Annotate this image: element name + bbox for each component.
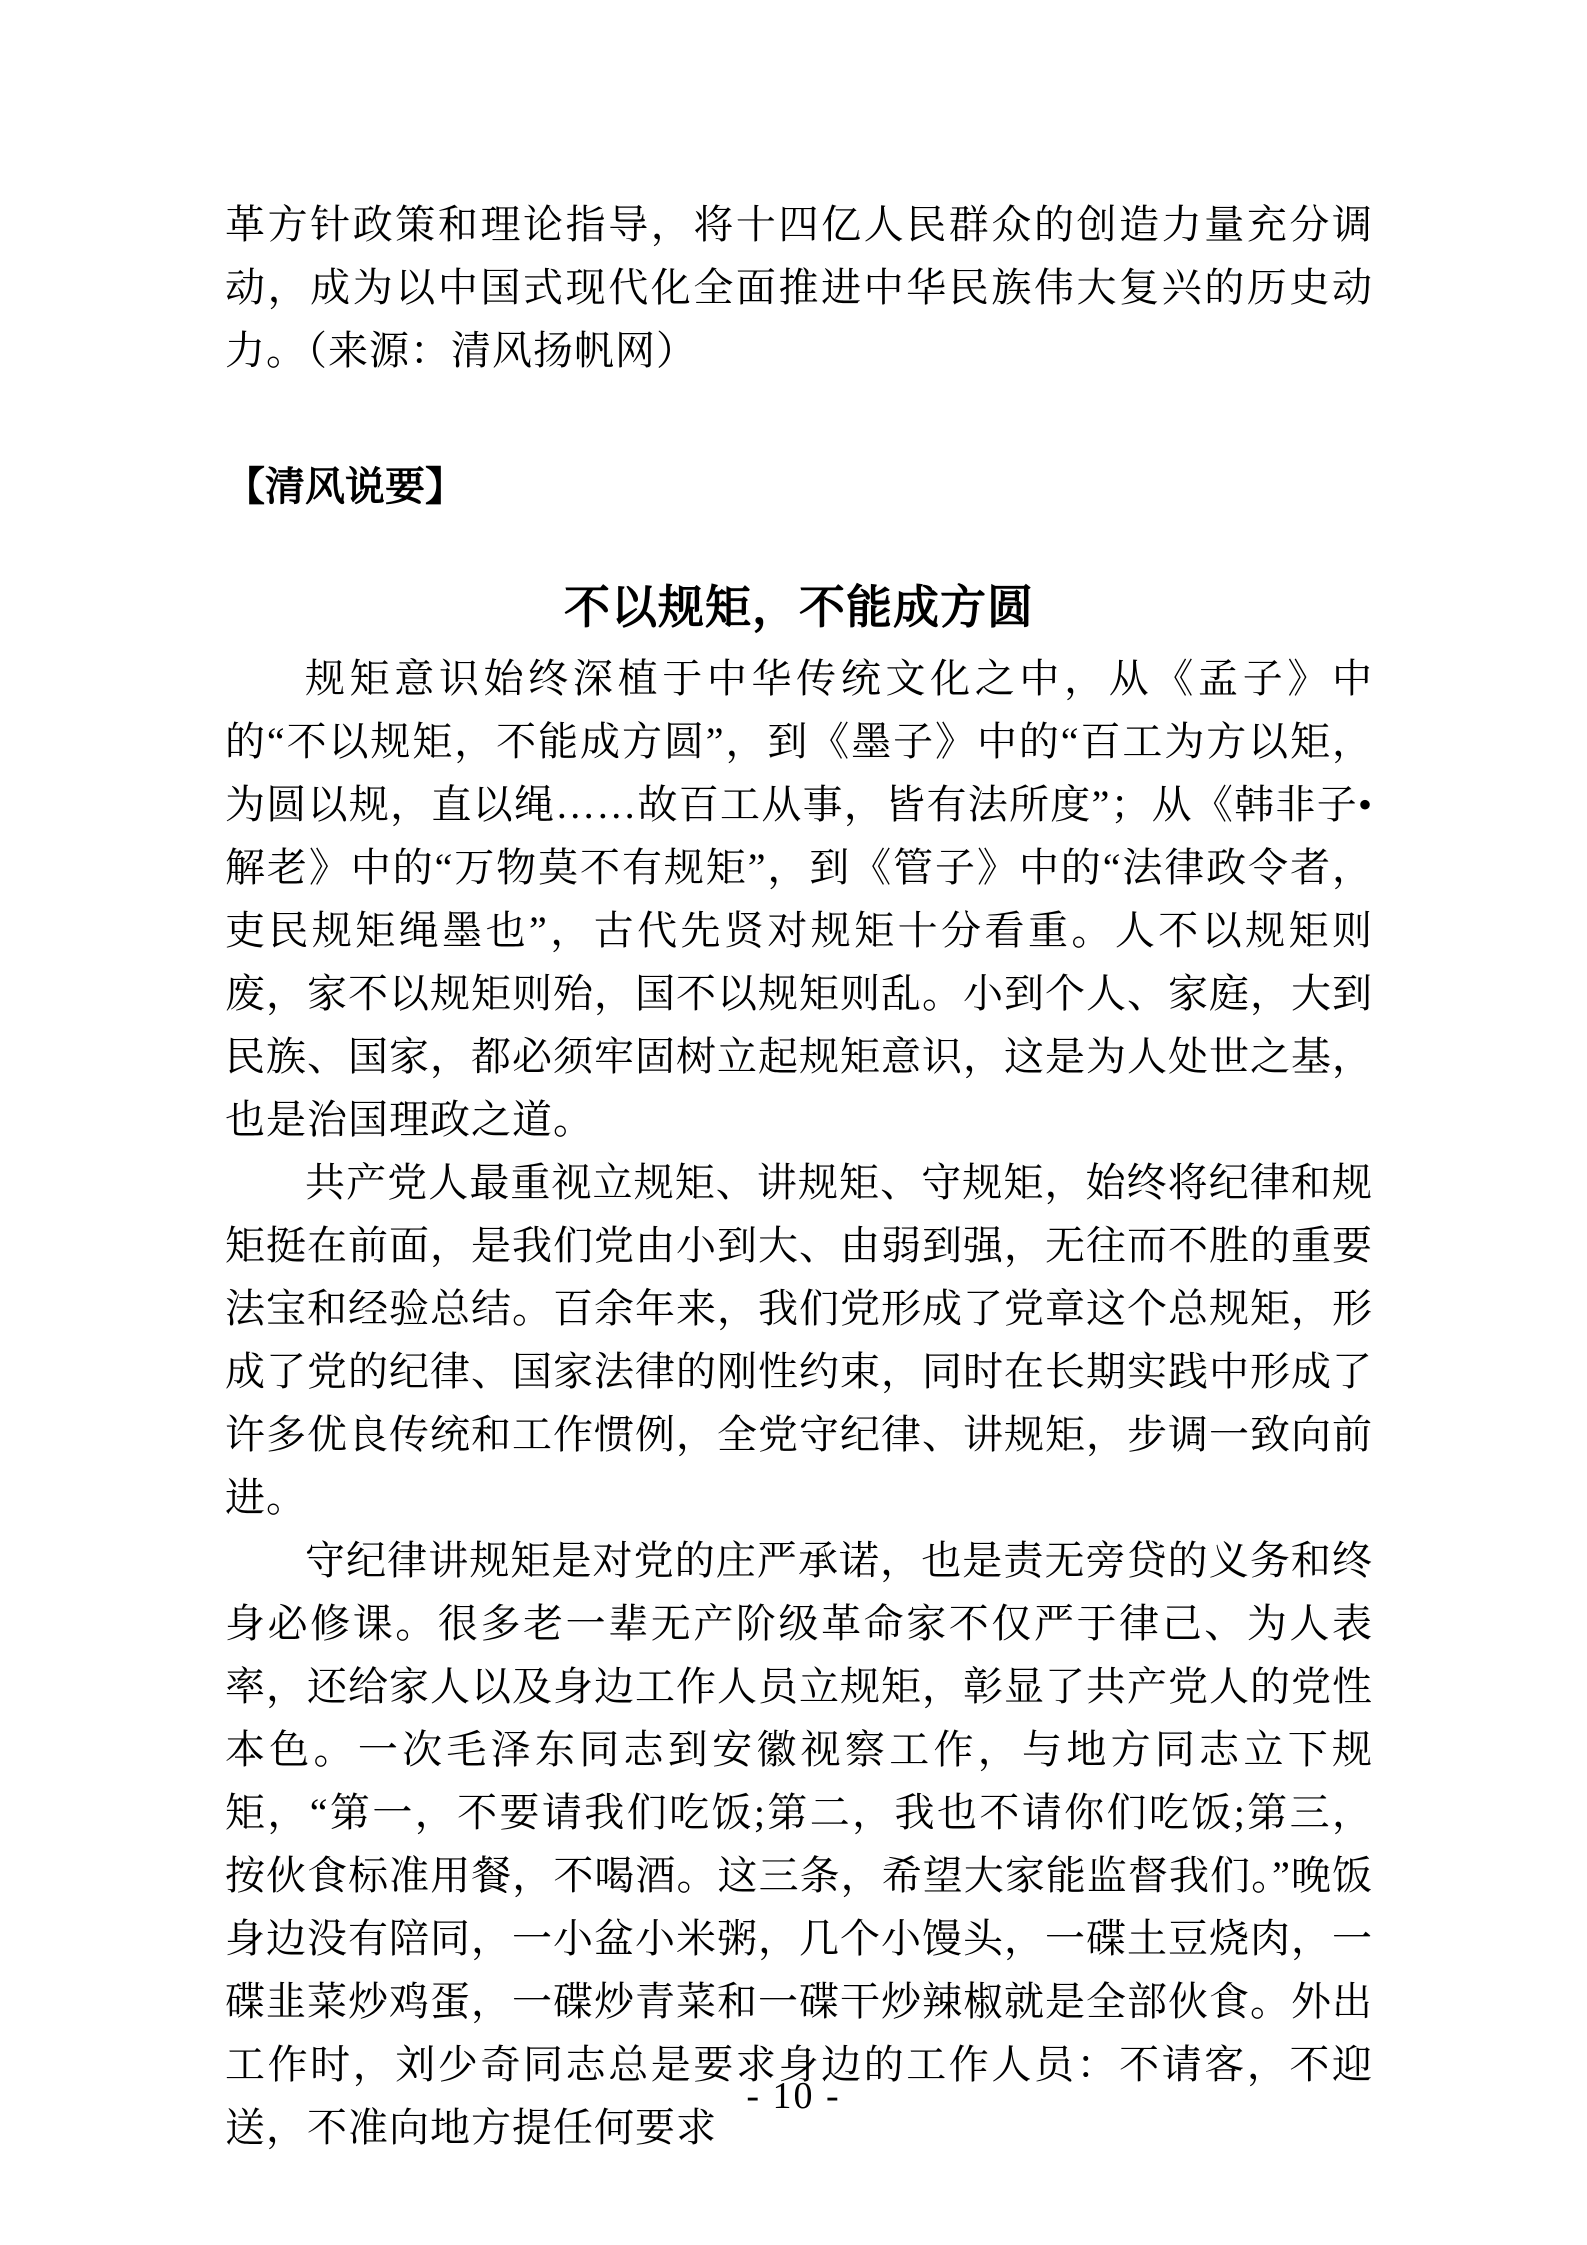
document-page: 革方针政策和理论指导，将十四亿人民群众的创造力量充分调动，成为以中国式现代化全面… bbox=[0, 0, 1587, 2245]
continuation-paragraph: 革方针政策和理论指导，将十四亿人民群众的创造力量充分调动，成为以中国式现代化全面… bbox=[225, 193, 1373, 382]
page-number: - 10 - bbox=[0, 2072, 1587, 2120]
section-header: 【清风说要】 bbox=[225, 455, 1373, 518]
article-body: 规矩意识始终深植于中华传统文化之中，从《孟子》中的“不以规矩，不能成方圆”，到《… bbox=[225, 647, 1373, 2159]
article-paragraph: 规矩意识始终深植于中华传统文化之中，从《孟子》中的“不以规矩，不能成方圆”，到《… bbox=[225, 647, 1373, 1151]
article-paragraph: 守纪律讲规矩是对党的庄严承诺，也是责无旁贷的义务和终身必修课。很多老一辈无产阶级… bbox=[225, 1529, 1373, 2159]
article-title: 不以规矩，不能成方圆 bbox=[225, 576, 1373, 639]
article-paragraph: 共产党人最重视立规矩、讲规矩、守规矩，始终将纪律和规矩挺在前面，是我们党由小到大… bbox=[225, 1151, 1373, 1529]
